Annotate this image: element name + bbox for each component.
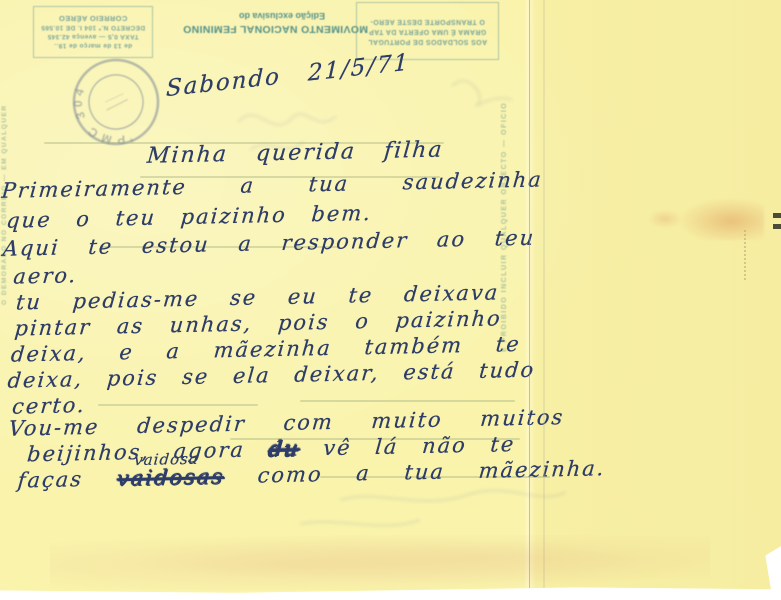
- inserted-correction-word: vaidosa: [134, 450, 200, 469]
- letter-line: Primeiramente a tua saudezinha: [1, 167, 544, 202]
- scan-edge-notch: [773, 224, 781, 229]
- letter-line: aero.: [12, 263, 78, 288]
- letter-line: Minha querida filha: [146, 137, 445, 168]
- vertical-fold-line: [529, 0, 530, 600]
- scanned-aerogram: de 13 de março de 19.. TAXA 0,5 — avença…: [0, 0, 781, 600]
- handwritten-date: Sabondo 21/5/71: [166, 49, 411, 102]
- stain-mark: [678, 198, 764, 240]
- vertical-fold-crease: [543, 0, 545, 600]
- letter-line-fragment: faças: [17, 467, 84, 492]
- perforation-dotted-line: [744, 230, 746, 280]
- scan-edge-notch: [773, 213, 781, 218]
- stain-mark: [648, 210, 682, 228]
- aerogram-paper: de 13 de março de 19.. TAXA 0,5 — avença…: [0, 0, 781, 600]
- letter-line-fragment: como a tua mãezinha.: [257, 456, 607, 487]
- handwritten-letter: Sabondo 21/5/71 Minha querida filha Prim…: [0, 0, 781, 600]
- letter-line: que o teu paizinho bem.: [5, 201, 373, 233]
- letter-line-fragment: vê lá não te: [322, 432, 516, 460]
- scribbled-out-word: du: [268, 437, 301, 462]
- corrected-word-wrap: vaidosasvaidosa: [116, 464, 225, 490]
- bottom-smudge: [50, 535, 710, 590]
